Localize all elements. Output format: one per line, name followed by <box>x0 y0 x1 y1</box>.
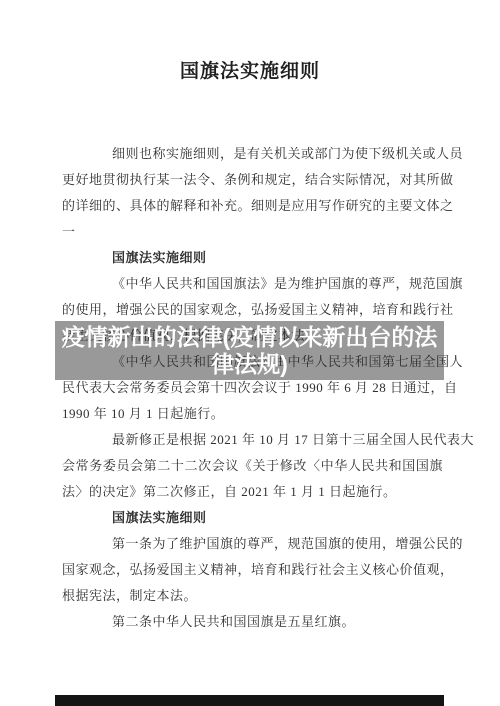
text-line: 细则也称实施细则，是有关机关或部门为使下级机关或人员 <box>62 141 443 167</box>
text-line: 会常务委员会第二十二次会议《关于修改〈中华人民共和国国旗 <box>62 453 443 479</box>
section-heading: 国旗法实施细则 <box>62 245 443 271</box>
document-body: 细则也称实施细则，是有关机关或部门为使下级机关或人员更好地贯彻执行某一法令、条例… <box>62 141 443 635</box>
text-line: 民代表大会常务委员会第十四次会议于 1990 年 6 月 28 日通过，自 <box>62 375 443 401</box>
text-line: 的使用，增强公民的国家观念，弘扬爱国主义精神，培育和践行社 <box>62 297 443 323</box>
overlay-banner-caption-line2: 律法规) <box>55 351 444 378</box>
text-line: 第二条中华人民共和国国旗是五星红旗。 <box>62 609 443 635</box>
document-page: 国旗法实施细则 细则也称实施细则，是有关机关或部门为使下级机关或人员更好地贯彻执… <box>0 0 500 706</box>
text-line: 1990 年 10 月 1 日起施行。 <box>62 401 443 427</box>
overlay-banner-caption: 疫情新出的法律(疫情以来新出台的法 律法规) <box>55 324 444 378</box>
overlay-banner-caption-line1: 疫情新出的法律(疫情以来新出台的法 <box>55 324 444 351</box>
text-line: 国家观念，弘扬爱国主义精神，培育和践行社会主义核心价值观， <box>62 557 443 583</box>
text-line: 更好地贯彻执行某一法令、条例和规定，结合实际情况，对其所做 <box>62 167 443 193</box>
text-line: 的详细的、具体的解释和补充。细则是应用写作研究的主要文体之 <box>62 193 443 219</box>
text-line: 法〉的决定》第二次修正，自 2021 年 1 月 1 日起施行。 <box>62 479 443 505</box>
bottom-banner-bar <box>55 695 444 706</box>
text-line: 根据宪法，制定本法。 <box>62 583 443 609</box>
text-line: 第一条为了维护国旗的尊严，规范国旗的使用，增强公民的 <box>62 531 443 557</box>
text-line: 最新修正是根据 2021 年 10 月 17 日第十三届全国人民代表大 <box>62 427 443 453</box>
page-title: 国旗法实施细则 <box>0 60 500 84</box>
section-heading: 国旗法实施细则 <box>62 505 443 531</box>
text-line: 《中华人民共和国国旗法》是为维护国旗的尊严，规范国旗 <box>62 271 443 297</box>
text-line: 一 <box>62 219 443 245</box>
